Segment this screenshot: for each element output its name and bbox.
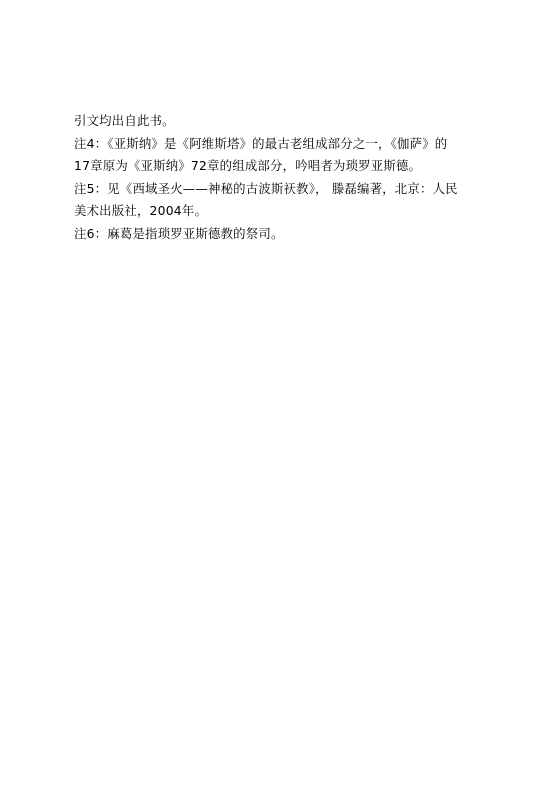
- note-5-line-2: 美术出版社，2004年。: [74, 200, 488, 223]
- note-4-line-1: 注4：《亚斯纳》是《阿维斯塔》的最古老组成部分之一，《伽萨》的: [74, 133, 488, 156]
- note-6-line-1: 注6：麻葛是指琐罗亚斯德教的祭司。: [74, 223, 488, 246]
- footnotes-section: 引文均出自此书。 注4：《亚斯纳》是《阿维斯塔》的最古老组成部分之一，《伽萨》的…: [74, 110, 488, 246]
- continuation-line: 引文均出自此书。: [74, 110, 488, 133]
- note-4-line-2: 17章原为《亚斯纳》72章的组成部分，吟唱者为琐罗亚斯德。: [74, 155, 488, 178]
- document-page: 引文均出自此书。 注4：《亚斯纳》是《阿维斯塔》的最古老组成部分之一，《伽萨》的…: [0, 0, 560, 794]
- note-5-line-1: 注5：见《西域圣火——神秘的古波斯祆教》， 滕磊编著，北京：人民: [74, 178, 488, 201]
